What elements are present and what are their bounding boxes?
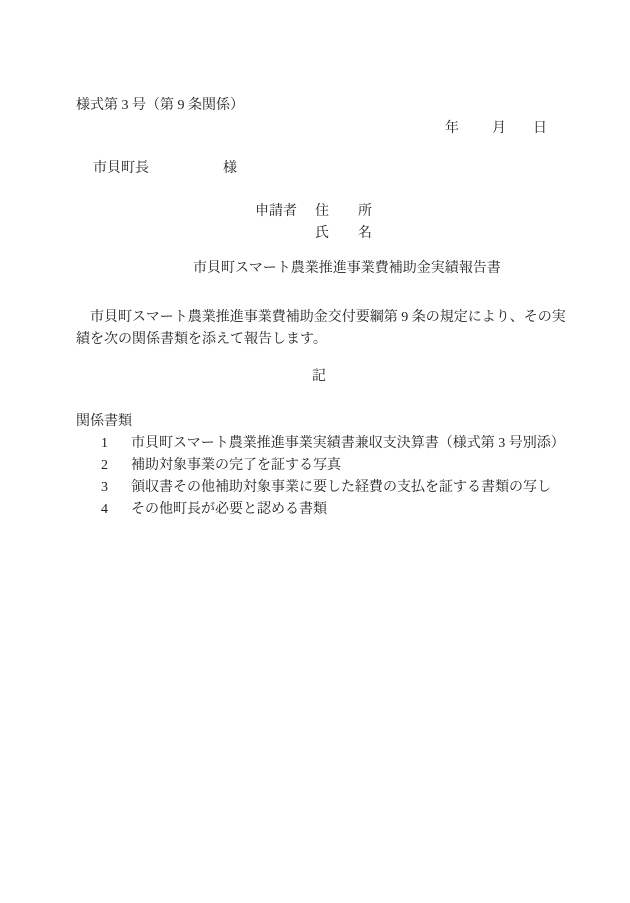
document-title: 市貝町スマート農業推進事業費補助金実績報告書 (193, 258, 501, 280)
attachments-heading: 関係書類 (76, 411, 132, 433)
applicant-address-label: 住 所 (315, 201, 372, 223)
item-text: 補助対象事業の完了を証する写真 (131, 455, 341, 477)
applicant-address-char-1: 住 (315, 201, 329, 223)
attachment-item: 4 その他町長が必要と認める書類 (101, 499, 327, 521)
date-year-label: 年 (445, 118, 459, 140)
applicant-name-char-1: 氏 (315, 223, 329, 245)
form-number: 様式第 3 号（第 9 条関係） (76, 95, 244, 117)
item-text: 市貝町スマート農業推進事業実績書兼収支決算書（様式第 3 号別添） (131, 433, 565, 455)
addressee-name: 市貝町長 (93, 158, 149, 180)
item-text: その他町長が必要と認める書類 (131, 499, 327, 521)
addressee-honorific: 様 (223, 158, 237, 180)
item-number: 3 (101, 477, 109, 499)
item-number: 4 (101, 499, 109, 521)
record-mark: 記 (312, 366, 326, 388)
attachment-item: 2 補助対象事業の完了を証する写真 (101, 455, 341, 477)
attachment-item: 3 領収書その他補助対象事業に要した経費の支払を証する書類の写し (101, 477, 551, 499)
applicant-address-char-2: 所 (358, 201, 372, 223)
date-day-label: 日 (533, 118, 547, 140)
date-month-label: 月 (492, 118, 506, 140)
body-paragraph-line-2: 績を次の関係書類を添えて報告します。 (76, 329, 327, 351)
applicant-name-char-2: 名 (358, 223, 372, 245)
applicant-label: 申請者 (255, 201, 297, 223)
item-number: 1 (101, 433, 109, 455)
document-page: 様式第 3 号（第 9 条関係） 年 月 日 市貝町長 様 申請者 住 所 氏 … (0, 0, 630, 903)
item-number: 2 (101, 455, 109, 477)
attachment-item: 1 市貝町スマート農業推進事業実績書兼収支決算書（様式第 3 号別添） (101, 433, 565, 455)
item-text: 領収書その他補助対象事業に要した経費の支払を証する書類の写し (131, 477, 551, 499)
applicant-name-label: 氏 名 (315, 223, 372, 245)
body-paragraph-line-1: 市貝町スマート農業推進事業費補助金交付要綱第 9 条の規定により、その実 (76, 307, 566, 329)
